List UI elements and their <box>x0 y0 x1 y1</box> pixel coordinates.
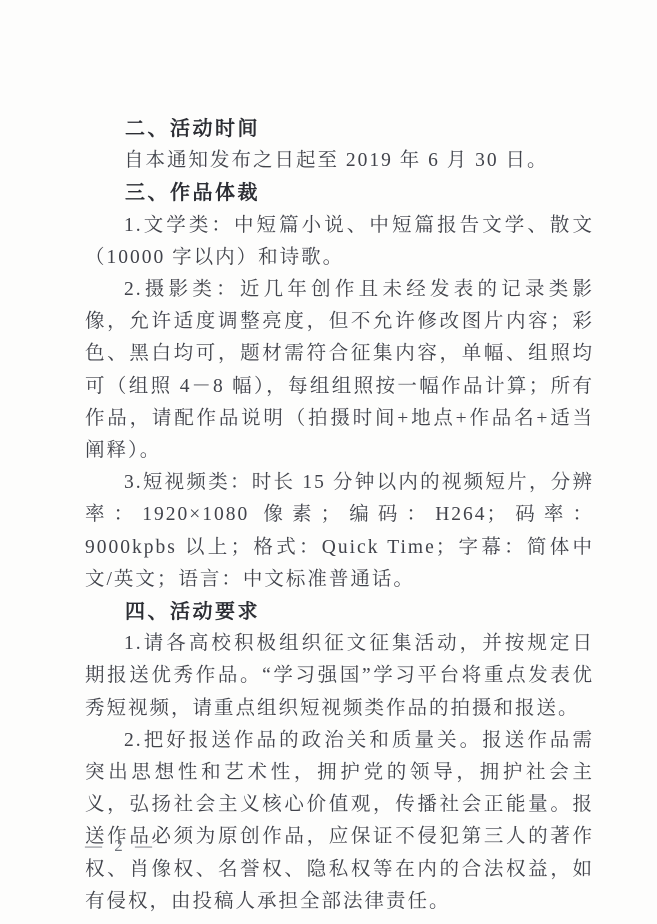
document-page: 二、活动时间 自本通知发布之日起至 2019 年 6 月 30 日。 三、作品体… <box>0 0 657 924</box>
paragraph-requirement-2: 2.把好报送作品的政治关和质量关。报送作品需突出思想性和艺术性，拥护党的领导，拥… <box>85 725 594 918</box>
page-number: — 2 — <box>85 836 156 856</box>
document-body: 二、活动时间 自本通知发布之日起至 2019 年 6 月 30 日。 三、作品体… <box>85 113 594 918</box>
section-heading-requirements: 四、活动要求 <box>85 596 594 628</box>
paragraph-activity-time: 自本通知发布之日起至 2019 年 6 月 30 日。 <box>85 145 594 177</box>
section-heading-activity-time: 二、活动时间 <box>85 113 594 145</box>
paragraph-literature-category: 1.文学类：中短篇小说、中短篇报告文学、散文（10000 字以内）和诗歌。 <box>85 210 594 274</box>
paragraph-photography-category: 2.摄影类：近几年创作且未经发表的记录类影像，允许适度调整亮度，但不允许修改图片… <box>85 274 594 467</box>
paragraph-short-video-category: 3.短视频类：时长 15 分钟以内的视频短片，分辨率：1920×1080 像素；… <box>85 467 594 596</box>
section-heading-work-genres: 三、作品体裁 <box>85 177 594 209</box>
paragraph-requirement-1: 1.请各高校积极组织征文征集活动，并按规定日期报送优秀作品。“学习强国”学习平台… <box>85 628 594 725</box>
